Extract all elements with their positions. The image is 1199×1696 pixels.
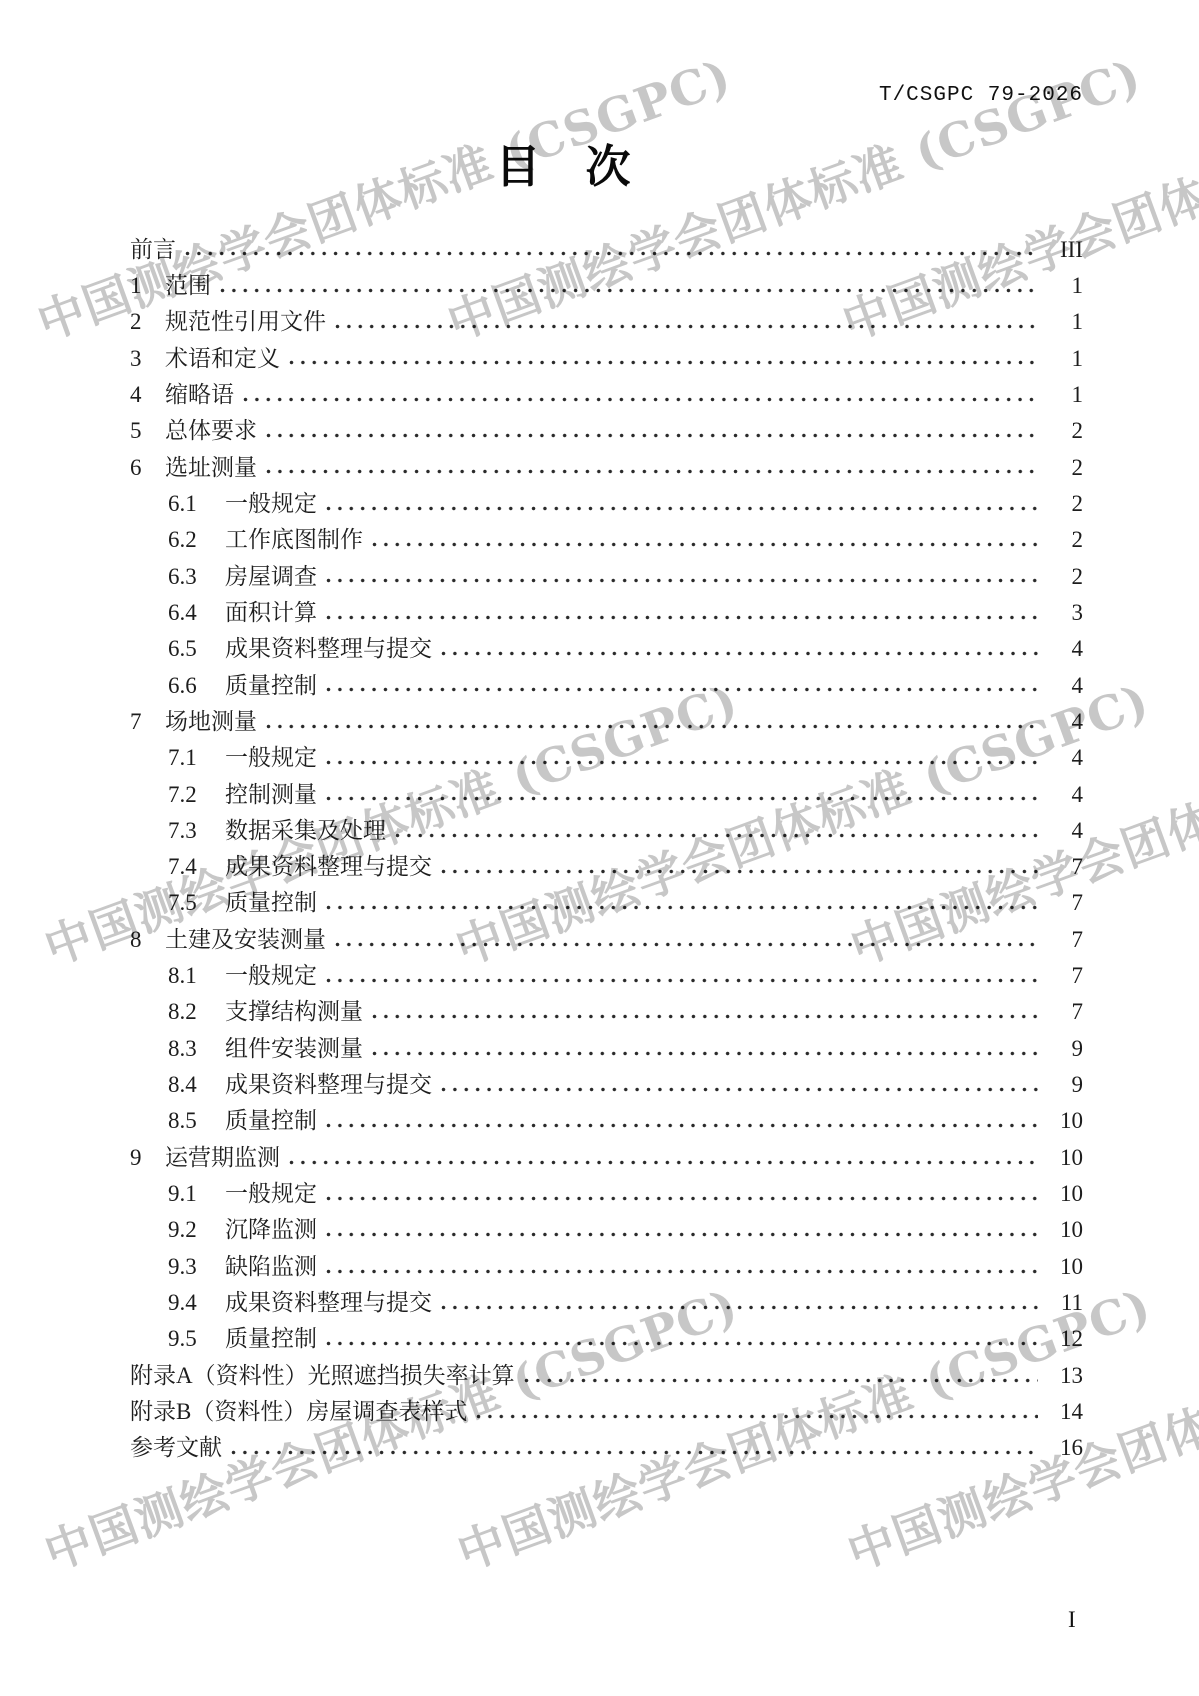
toc-entry-title: 工作底图制作 — [225, 527, 363, 553]
toc-entry-number: 7 — [130, 709, 165, 735]
toc-entry-title: 质量控制 — [225, 673, 317, 699]
toc-entry-title: 附录A（资料性）光照遮挡损失率计算 — [130, 1363, 515, 1389]
toc-entry-number: 6.6 — [168, 673, 225, 699]
dot-leader — [441, 1086, 1038, 1093]
toc-entry-page: 4 — [1047, 745, 1083, 771]
toc-entry-page: 16 — [1047, 1435, 1083, 1461]
toc-entry-title: 沉降监测 — [225, 1217, 317, 1243]
toc-entry-number: 7.5 — [168, 890, 225, 916]
toc-entry-title: 一般规定 — [225, 745, 317, 771]
dot-leader — [372, 1013, 1038, 1020]
toc-entry-number: 7.4 — [168, 854, 225, 880]
toc-entry-page: 2 — [1047, 491, 1083, 517]
toc-entry-page: 1 — [1047, 346, 1083, 372]
toc-entry-number: 1 — [130, 273, 165, 299]
toc-entry-number: 5 — [130, 418, 165, 444]
dot-leader — [335, 323, 1038, 330]
toc-entry-number: 6.1 — [168, 491, 225, 517]
toc-entry-number: 2 — [130, 309, 165, 335]
page-title: 目 次 — [0, 130, 1126, 195]
dot-leader — [326, 505, 1038, 512]
toc-entry-title: 参考文献 — [130, 1435, 222, 1461]
toc-entry-page: 4 — [1047, 782, 1083, 808]
toc-entry[interactable]: 8.2 支撑结构测量 7 — [130, 989, 1083, 1025]
toc-entry-title: 控制测量 — [225, 782, 317, 808]
toc-entry-page: 7 — [1047, 927, 1083, 953]
dot-leader — [326, 686, 1038, 693]
toc-entry-title: 数据采集及处理 — [225, 818, 386, 844]
dot-leader — [476, 1413, 1038, 1420]
toc-entry-page: 7 — [1047, 999, 1083, 1025]
toc-entry-page: 10 — [1047, 1145, 1083, 1171]
toc-entry-number: 6 — [130, 455, 165, 481]
dot-leader — [243, 396, 1038, 403]
toc-entry[interactable]: 7.1 一般规定 4 — [130, 735, 1083, 771]
toc-entry[interactable]: 8.3 组件安装测量 9 — [130, 1025, 1083, 1061]
toc-entry-number: 8.2 — [168, 999, 225, 1025]
toc-entry-title: 场地测量 — [165, 709, 257, 735]
toc-entry-number: 9.2 — [168, 1217, 225, 1243]
toc-entry[interactable]: 8.4 成果资料整理与提交 9 — [130, 1062, 1083, 1098]
toc-entry-title: 附录B（资料性）房屋调查表样式 — [130, 1399, 467, 1425]
toc-entry-page: 1 — [1047, 382, 1083, 408]
toc-entry[interactable]: 附录A（资料性）光照遮挡损失率计算 13 — [130, 1352, 1083, 1388]
dot-leader — [185, 250, 1038, 257]
toc-entry-page: 10 — [1047, 1254, 1083, 1280]
toc-entry[interactable]: 6.6 质量控制 4 — [130, 662, 1083, 698]
toc-entry-page: 1 — [1047, 273, 1083, 299]
toc-entry[interactable]: 6.1 一般规定 2 — [130, 480, 1083, 516]
toc-entry[interactable]: 9.5 质量控制 12 — [130, 1316, 1083, 1352]
toc-entry-title: 术语和定义 — [165, 346, 280, 372]
toc-entry-title: 成果资料整理与提交 — [225, 636, 432, 662]
footer-page-number: I — [1068, 1607, 1076, 1633]
toc-entry-title: 缺陷监测 — [225, 1254, 317, 1280]
toc-entry-page: 2 — [1047, 527, 1083, 553]
toc-entry[interactable]: 参考文献 16 — [130, 1425, 1083, 1461]
toc-entry-page: 3 — [1047, 600, 1083, 626]
toc-entry[interactable]: 7.2 控制测量 4 — [130, 771, 1083, 807]
dot-leader — [289, 1159, 1038, 1166]
toc-entry-page: 1 — [1047, 309, 1083, 335]
dot-leader — [266, 468, 1038, 475]
toc-entry-title: 规范性引用文件 — [165, 309, 326, 335]
toc-entry-title: 支撑结构测量 — [225, 999, 363, 1025]
dot-leader — [326, 977, 1038, 984]
dot-leader — [231, 1449, 1038, 1456]
toc-entry[interactable]: 4 缩略语 1 — [130, 371, 1083, 407]
toc-entry[interactable]: 3 术语和定义 1 — [130, 335, 1083, 371]
toc-entry-title: 选址测量 — [165, 455, 257, 481]
toc-entry-number: 6.3 — [168, 564, 225, 590]
toc-entry-number: 4 — [130, 382, 165, 408]
toc-entry-title: 成果资料整理与提交 — [225, 1072, 432, 1098]
dot-leader — [441, 650, 1038, 657]
toc-entry[interactable]: 6.3 房屋调查 2 — [130, 553, 1083, 589]
dot-leader — [524, 1377, 1038, 1384]
dot-leader — [326, 1268, 1038, 1275]
toc-entry[interactable]: 7.3 数据采集及处理 4 — [130, 807, 1083, 843]
toc-entry-number: 8.3 — [168, 1036, 225, 1062]
toc-entry-title: 总体要求 — [165, 418, 257, 444]
toc-entry-page: 10 — [1047, 1217, 1083, 1243]
toc-entry-title: 一般规定 — [225, 1181, 317, 1207]
toc-entry-page: 4 — [1047, 636, 1083, 662]
toc-entry-number: 7.2 — [168, 782, 225, 808]
toc-entry-title: 运营期监测 — [165, 1145, 280, 1171]
toc-entry-page: 2 — [1047, 564, 1083, 590]
toc-entry-title: 质量控制 — [225, 890, 317, 916]
toc-entry-page: 10 — [1047, 1181, 1083, 1207]
toc-entry-number: 9.5 — [168, 1326, 225, 1352]
dot-leader — [266, 432, 1038, 439]
dot-leader — [441, 1304, 1038, 1311]
toc-entry-number: 8.1 — [168, 963, 225, 989]
toc-entry[interactable]: 7.4 成果资料整理与提交 7 — [130, 844, 1083, 880]
toc-entry-title: 成果资料整理与提交 — [225, 1290, 432, 1316]
toc-entry-page: 7 — [1047, 963, 1083, 989]
toc-entry-page: 4 — [1047, 709, 1083, 735]
toc-entry-page: III — [1047, 237, 1083, 263]
dot-leader — [372, 1050, 1038, 1057]
toc-entry-page: 7 — [1047, 890, 1083, 916]
dot-leader — [335, 941, 1038, 948]
toc-entry-number: 8.5 — [168, 1108, 225, 1134]
toc-entry-page: 4 — [1047, 818, 1083, 844]
toc-entry[interactable]: 7.5 质量控制 7 — [130, 880, 1083, 916]
toc-entry-page: 9 — [1047, 1036, 1083, 1062]
toc-entry[interactable]: 5 总体要求 2 — [130, 408, 1083, 444]
dot-leader — [326, 904, 1038, 911]
toc-entry[interactable]: 8.5 质量控制 10 — [130, 1098, 1083, 1134]
toc-entry-title: 成果资料整理与提交 — [225, 854, 432, 880]
dot-leader — [326, 577, 1038, 584]
toc-entry[interactable]: 9.4 成果资料整理与提交 11 — [130, 1280, 1083, 1316]
standard-code: T/CSGPC 79-2026 — [879, 84, 1083, 107]
document-page: T/CSGPC 79-2026 目 次 前言 III 1 范围 1 2 规范性引… — [0, 0, 1199, 1696]
toc-entry-number: 7.1 — [168, 745, 225, 771]
toc-entry-number: 9 — [130, 1145, 165, 1171]
toc-entry[interactable]: 前言 III — [130, 226, 1083, 262]
toc-entry-number: 9.1 — [168, 1181, 225, 1207]
toc-entry-number: 8 — [130, 927, 165, 953]
dot-leader — [220, 287, 1038, 294]
toc-entry[interactable]: 附录B（资料性）房屋调查表样式 14 — [130, 1389, 1083, 1425]
toc-entry-page: 7 — [1047, 854, 1083, 880]
dot-leader — [326, 1231, 1038, 1238]
toc-entry-title: 土建及安装测量 — [165, 927, 326, 953]
dot-leader — [326, 1122, 1038, 1129]
toc-entry[interactable]: 6.4 面积计算 3 — [130, 589, 1083, 625]
toc-entry-page: 14 — [1047, 1399, 1083, 1425]
toc-entry-number: 6.4 — [168, 600, 225, 626]
toc-entry-page: 2 — [1047, 418, 1083, 444]
toc-entry-number: 3 — [130, 346, 165, 372]
toc-entry-title: 一般规定 — [225, 491, 317, 517]
toc-entry[interactable]: 2 规范性引用文件 1 — [130, 299, 1083, 335]
dot-leader — [326, 1195, 1038, 1202]
table-of-contents: 前言 III 1 范围 1 2 规范性引用文件 1 3 术语和定义 1 4 缩略… — [130, 226, 1083, 1461]
toc-entry-title: 范围 — [165, 273, 211, 299]
toc-entry-page: 11 — [1047, 1290, 1083, 1316]
toc-entry-number: 7.3 — [168, 818, 225, 844]
toc-entry[interactable]: 7 场地测量 4 — [130, 698, 1083, 734]
toc-entry-number: 9.3 — [168, 1254, 225, 1280]
toc-entry[interactable]: 6.5 成果资料整理与提交 4 — [130, 626, 1083, 662]
dot-leader — [372, 541, 1038, 548]
dot-leader — [326, 759, 1038, 766]
toc-entry-number: 9.4 — [168, 1290, 225, 1316]
dot-leader — [326, 795, 1038, 802]
toc-entry-title: 组件安装测量 — [225, 1036, 363, 1062]
toc-entry-page: 4 — [1047, 673, 1083, 699]
toc-entry-number: 6.5 — [168, 636, 225, 662]
dot-leader — [395, 832, 1038, 839]
toc-entry[interactable]: 9.2 沉降监测 10 — [130, 1207, 1083, 1243]
toc-entry-page: 2 — [1047, 455, 1083, 481]
toc-entry[interactable]: 8.1 一般规定 7 — [130, 953, 1083, 989]
dot-leader — [326, 1340, 1038, 1347]
toc-entry[interactable]: 6 选址测量 2 — [130, 444, 1083, 480]
toc-entry[interactable]: 9.1 一般规定 10 — [130, 1171, 1083, 1207]
dot-leader — [266, 723, 1038, 730]
toc-entry[interactable]: 6.2 工作底图制作 2 — [130, 517, 1083, 553]
toc-entry-number: 8.4 — [168, 1072, 225, 1098]
toc-entry[interactable]: 1 范围 1 — [130, 262, 1083, 298]
toc-entry-title: 质量控制 — [225, 1326, 317, 1352]
toc-entry-title: 面积计算 — [225, 600, 317, 626]
toc-entry-title: 缩略语 — [165, 382, 234, 408]
dot-leader — [441, 868, 1038, 875]
dot-leader — [289, 359, 1038, 366]
toc-entry[interactable]: 9.3 缺陷监测 10 — [130, 1243, 1083, 1279]
toc-entry-title: 房屋调查 — [225, 564, 317, 590]
toc-entry-number: 6.2 — [168, 527, 225, 553]
toc-entry-page: 12 — [1047, 1326, 1083, 1352]
toc-entry-page: 9 — [1047, 1072, 1083, 1098]
toc-entry-page: 13 — [1047, 1363, 1083, 1389]
toc-entry-title: 一般规定 — [225, 963, 317, 989]
toc-entry-title: 前言 — [130, 237, 176, 263]
toc-entry-page: 10 — [1047, 1108, 1083, 1134]
toc-entry[interactable]: 8 土建及安装测量 7 — [130, 916, 1083, 952]
toc-entry-title: 质量控制 — [225, 1108, 317, 1134]
toc-entry[interactable]: 9 运营期监测 10 — [130, 1134, 1083, 1170]
dot-leader — [326, 614, 1038, 621]
